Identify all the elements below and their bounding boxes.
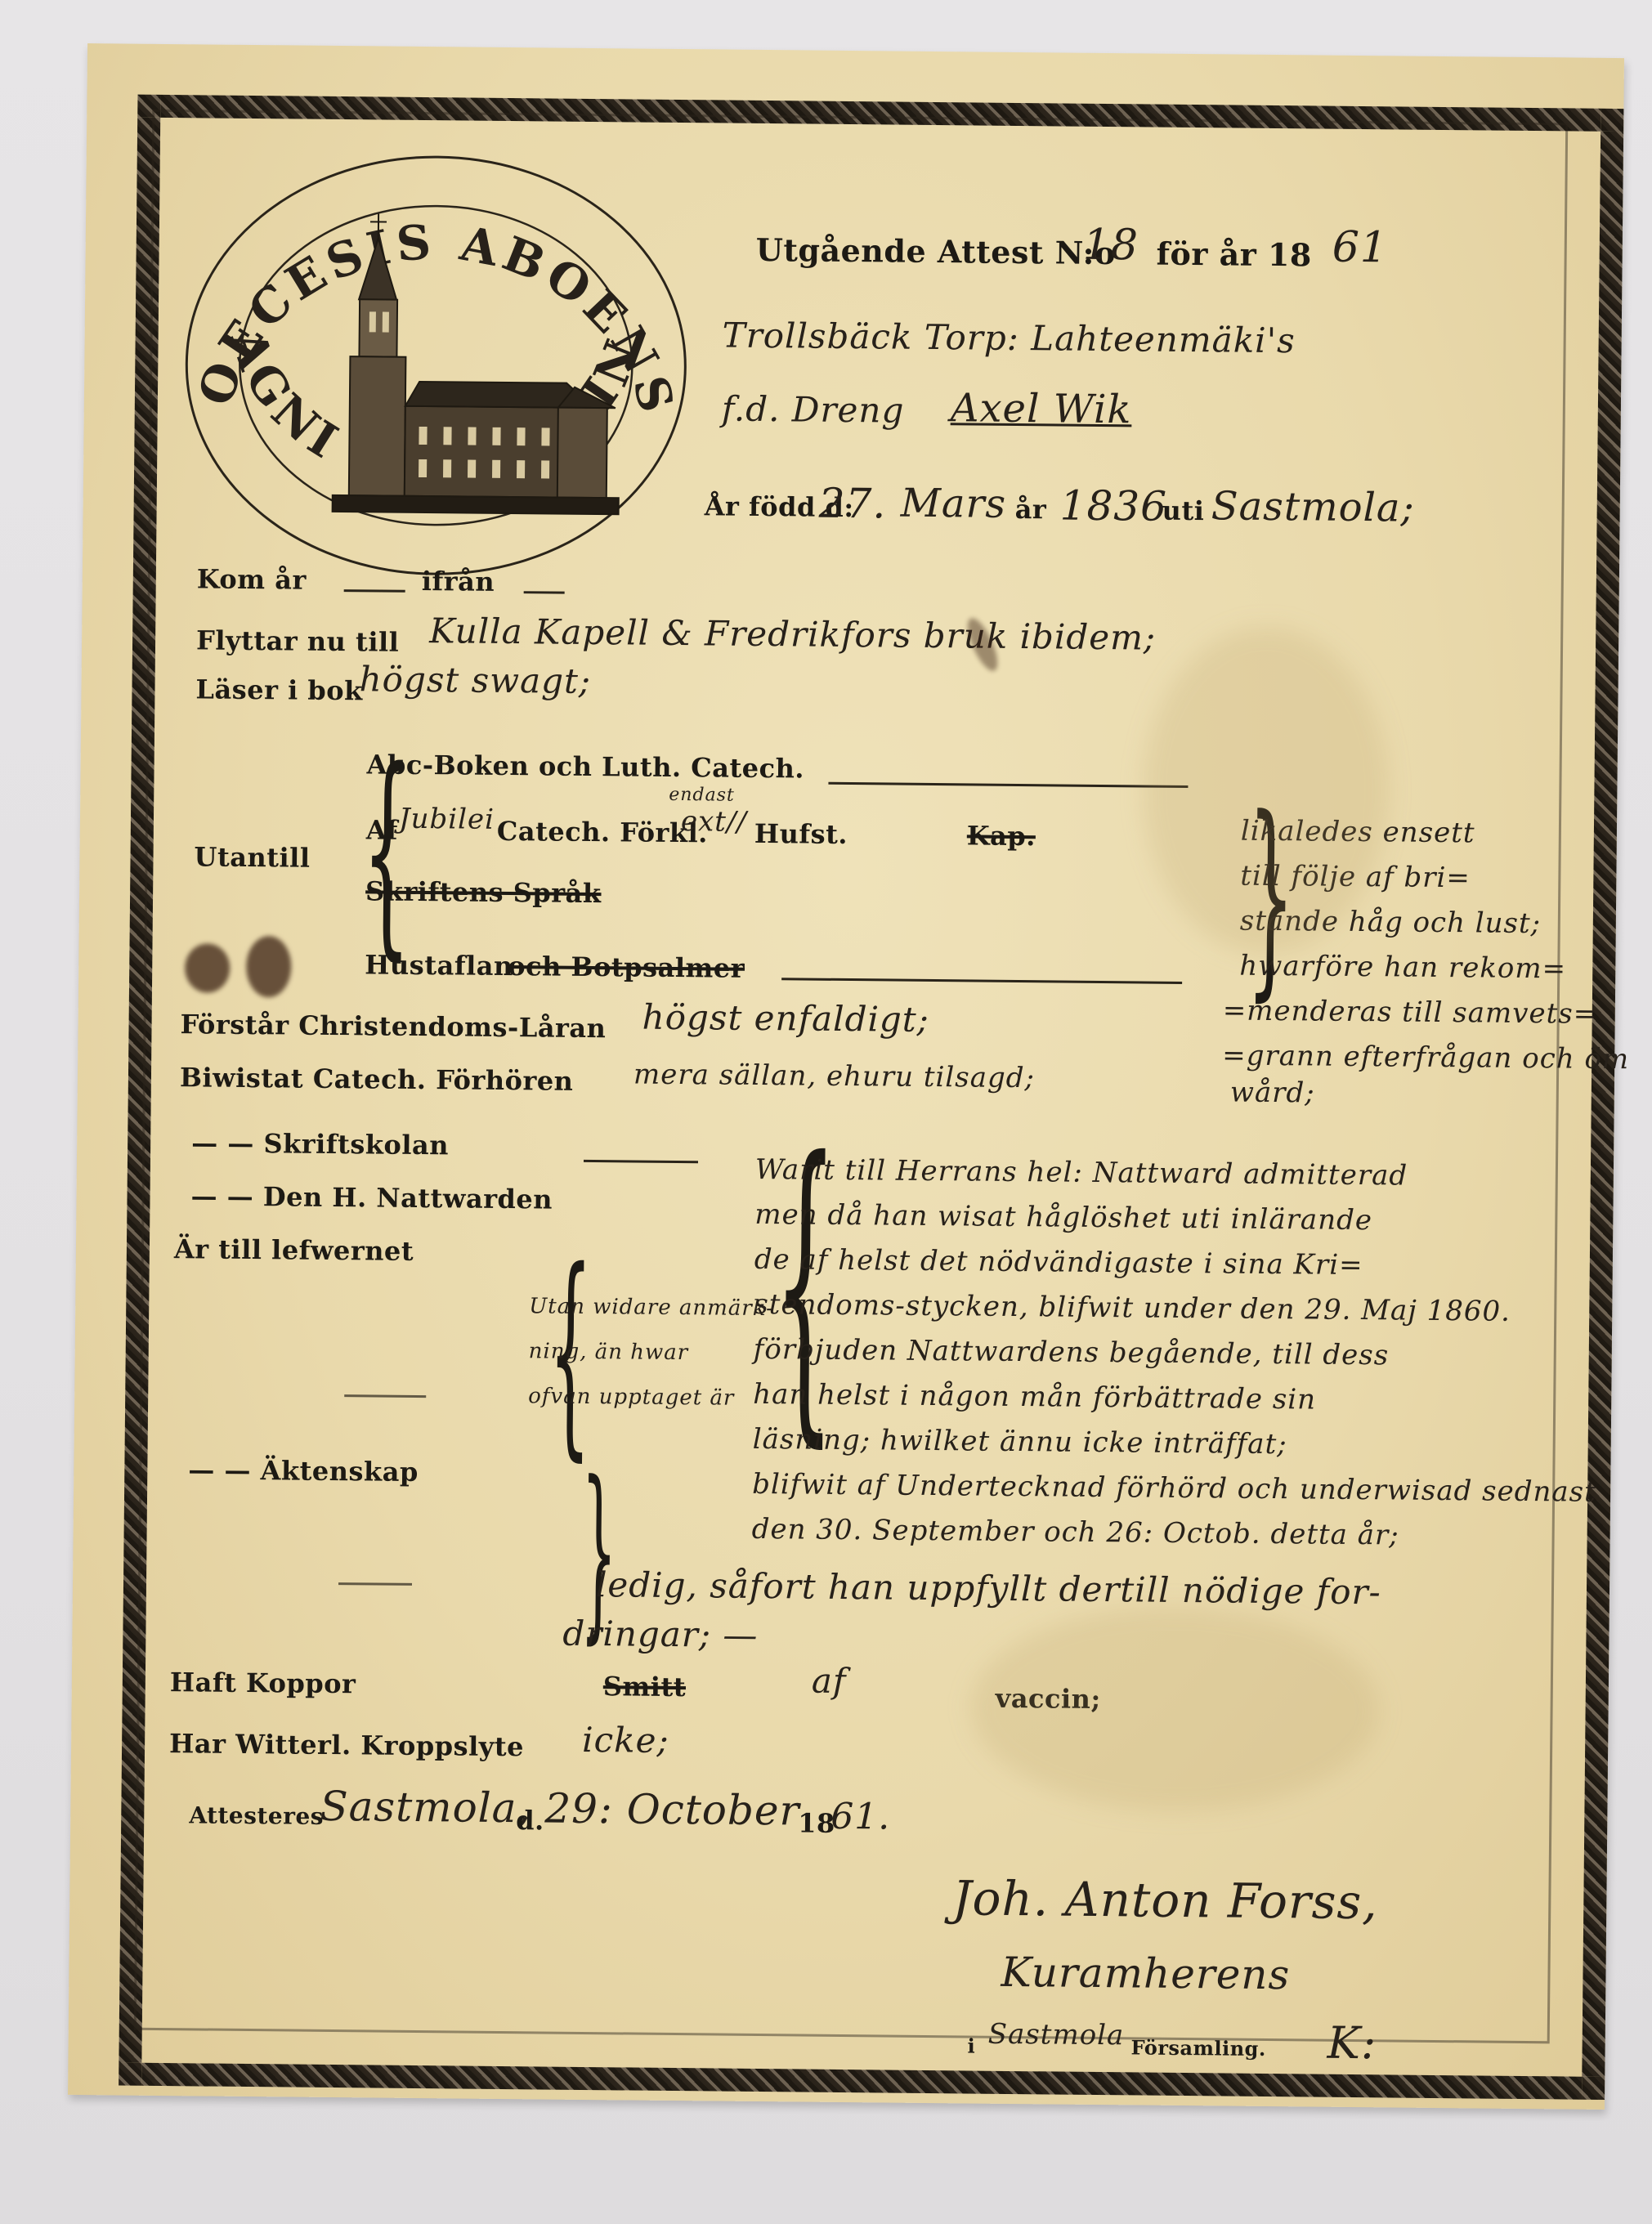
attest-place: Sastmola,: [320, 1783, 531, 1832]
lefwernet-label: Är till lefwernet: [174, 1233, 414, 1267]
nattwarden-line: förbjuden Nattwardens begående, till des…: [754, 1333, 1390, 1372]
skriftens-sprak-struck: Skriftens Språk: [365, 875, 602, 909]
side-note-line: hwarföre han rekom=: [1239, 950, 1566, 986]
subject-name: Axel Wik: [951, 385, 1132, 432]
birth-place-label: uti: [1162, 495, 1204, 526]
smitt-struck: Smitt: [603, 1671, 687, 1703]
abc-boken-label: Abc-Boken och Luth. Catech.: [366, 749, 804, 784]
kom-ar-label: Kom år: [197, 563, 307, 595]
signature-title: Kuramherens: [1001, 1949, 1290, 1998]
laser-value: högst swagt;: [359, 659, 591, 701]
ifran-blank: [524, 591, 565, 593]
nattwarden-line: han helst i någon mån förbättrade sin: [753, 1378, 1316, 1416]
birth-year-label: år: [1014, 494, 1046, 525]
utantill-label: Utantill: [194, 841, 310, 873]
aktenskap-line: dringar; —: [562, 1613, 758, 1655]
signature-name: Joh. Anton Forss,: [952, 1870, 1378, 1930]
af-label: Af: [366, 814, 398, 845]
laser-label: Läser i bok: [195, 673, 363, 706]
subject-status: f.d. Dreng: [722, 389, 905, 431]
nattwarden-label: — — Den H. Nattwarden: [190, 1180, 553, 1215]
attest-year-label: 18: [798, 1807, 835, 1838]
birth-month: Mars: [900, 481, 1006, 527]
attest-year-label: för år 18: [1156, 235, 1312, 274]
side-note-line: wård;: [1230, 1076, 1315, 1110]
signature-i-label: i: [967, 2034, 975, 2057]
aktenskap-line: ledig, såfort han uppfyllt dertill nödig…: [596, 1564, 1381, 1612]
flyttar-label: Flyttar nu till: [196, 624, 400, 657]
ifran-label: ifrån: [422, 566, 495, 597]
koppor-label: Haft Koppor: [170, 1667, 356, 1699]
birth-year: 1836: [1059, 481, 1167, 530]
endast-note: endast: [669, 785, 735, 806]
hufst-label: Hufst.: [754, 818, 848, 850]
hustaflan-label: Hustaflan: [365, 949, 513, 982]
catech-forkl-label: Catech. Förkl.: [497, 816, 708, 848]
kroppslyte-label: Har Witterl. Kroppslyte: [169, 1728, 524, 1762]
forkl-value: ext//: [681, 805, 747, 839]
aktenskap-label: — — Äktenskap: [188, 1454, 419, 1488]
kroppslyte-value: icke;: [582, 1720, 669, 1761]
lefwernet-line: ofvan upptaget är: [528, 1384, 734, 1410]
forstar-label: Förstår Christendoms-Låran: [180, 1009, 606, 1044]
lefwernet-line: ning, än hwar: [529, 1339, 689, 1365]
birth-day: 27.: [818, 480, 886, 528]
signature-parish: Sastmola: [988, 2018, 1125, 2052]
side-note-line: =grann efterfrågan och öm: [1222, 1039, 1629, 1076]
side-note-line: =menderas till samvets=: [1223, 994, 1598, 1030]
forsamling-label: Församling.: [1130, 2035, 1265, 2061]
attest-number: 18: [1082, 221, 1139, 271]
biwistat-value: mera sällan, ehuru tilsagd;: [633, 1058, 1035, 1095]
nattwarden-line: de af helst det nödvändigaste i sina Kri…: [754, 1243, 1363, 1282]
subject-origin: Trollsbäck Torp: Lahteenmäki's: [722, 315, 1295, 361]
nattwarden-line: men då han wisat håglöshet uti inlärande: [754, 1198, 1372, 1237]
skriftskola-label: — — Skriftskolan: [191, 1127, 449, 1161]
birth-place: Sastmola;: [1211, 483, 1415, 530]
attest-year-suffix: 61.: [830, 1796, 890, 1838]
lefwernet-line: Utan widare anmärk-: [529, 1294, 774, 1321]
certificate-paper: DIOECESIS ABOENSIS MAGNI PRINC: FINL: Ut: [68, 43, 1624, 2110]
nattwarden-line: läsning; hwilket ännu icke inträffat;: [753, 1423, 1287, 1461]
forstar-value: högst enfaldigt;: [642, 997, 929, 1040]
ink-stain: [185, 943, 231, 993]
attest-title-label: Utgående Attest N:o: [755, 231, 1116, 271]
botpsalmer-struck: och Botpsalmer: [508, 951, 745, 984]
attest-year-suffix: 61: [1332, 223, 1388, 273]
attest-d-label: d.: [516, 1805, 544, 1836]
biwistat-label: Biwistat Catech. Förhören: [180, 1062, 574, 1097]
nattwarden-line: den 30. September och 26: Octob. detta å…: [751, 1513, 1399, 1552]
nattwarden-line: Warit till Herrans hel: Nattward admitte…: [755, 1153, 1408, 1193]
af-catechism-value: Jubilei: [399, 803, 495, 836]
kap-struck: Kap.: [967, 820, 1036, 852]
signature-flourish: K:: [1327, 2017, 1377, 2070]
flyttar-value: Kulla Kapell & Fredrikfors bruk ibidem;: [429, 611, 1156, 658]
koppor-value: af: [812, 1661, 847, 1701]
diocese-seal-icon: DIOECESIS ABOENSIS MAGNI PRINC: FINL:: [172, 134, 700, 580]
attest-date: 29: October: [544, 1785, 800, 1835]
attesteres-label: Attesteres: [189, 1801, 324, 1830]
